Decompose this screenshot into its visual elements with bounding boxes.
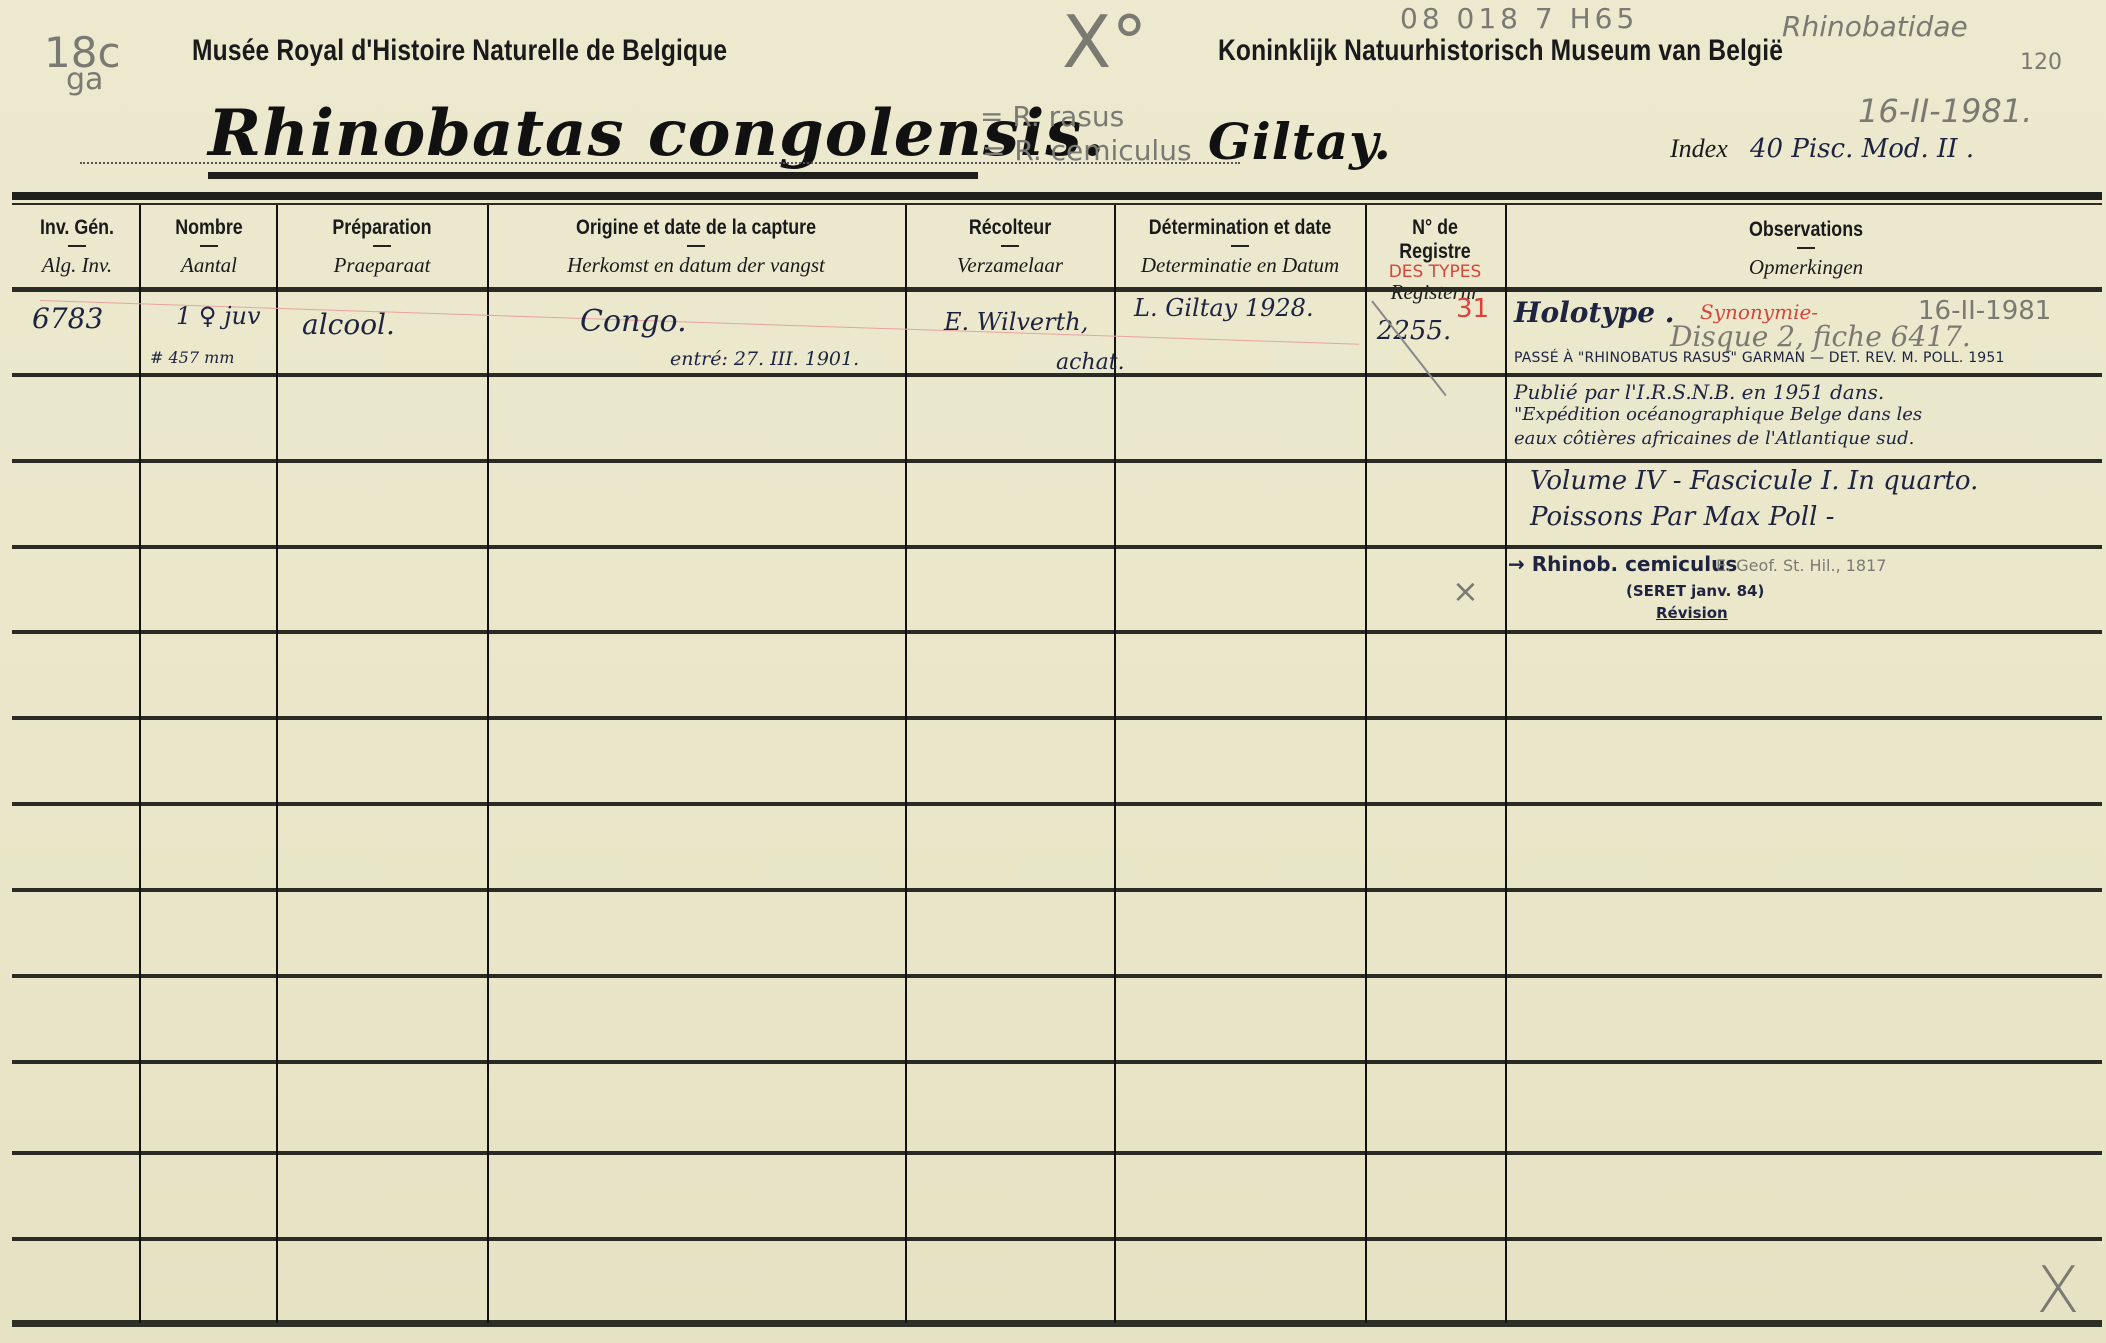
observation-passe: PASSÉ À "RHINOBATUS RASUS" GARMAN — DET.… [1514, 350, 2005, 366]
row-rule [12, 1151, 2102, 1155]
synonym-note-1: = R. rasus [980, 100, 1124, 133]
column-header-registre-fr: N° de Registre [1376, 216, 1493, 264]
row-rule [12, 1060, 2102, 1064]
column-header-nombre-fr: Nombre [152, 216, 266, 240]
header-dash [687, 245, 705, 247]
column-divider [276, 205, 278, 1323]
institution-title-fr: Musée Royal d'Histoire Naturelle de Belg… [192, 34, 727, 68]
column-header-inv: Inv. Gén. Alg. Inv. [14, 216, 140, 278]
observation-volume: Volume IV - Fascicule I. In quarto. [1530, 466, 1978, 496]
cell-nombre: 1 ♀ juv [176, 302, 261, 330]
observation-seret: (SERET janv. 84) [1626, 582, 1764, 600]
header-dash [1231, 245, 1249, 247]
column-header-preparation-fr: Préparation [294, 216, 471, 240]
observation-holotype: Holotype . [1514, 296, 1675, 329]
table-top-rule-thin [12, 203, 2102, 205]
column-header-nombre: Nombre Aantal [142, 216, 276, 278]
row-rule [12, 1237, 2102, 1241]
cell-preparation: alcool. [302, 308, 395, 341]
index-label: Index [1670, 134, 1728, 164]
column-divider [139, 205, 141, 1323]
family-note: Rhinobatidae [1782, 10, 1968, 43]
cell-registre: 2255. [1364, 316, 1464, 346]
column-divider [1505, 205, 1507, 1323]
species-name: Rhinobatas congolensis. [208, 96, 1106, 171]
column-header-origine-fr: Origine et date de la capture [519, 216, 873, 240]
header-bottom-rule [12, 287, 2102, 292]
table-bottom-rule [12, 1320, 2102, 1327]
column-header-preparation: Préparation Praeparaat [278, 216, 486, 278]
row-rule [12, 974, 2102, 978]
cell-determination: L. Giltay 1928. [1134, 294, 1314, 322]
header-dash [200, 245, 218, 247]
column-header-preparation-nl: Praeparaat [278, 253, 486, 278]
column-header-origine-nl: Herkomst en datum der vangst [488, 253, 904, 278]
registre-pencil-mark: × [1452, 572, 1479, 610]
observation-publie: Publié par l'I.R.S.N.B. en 1951 dans. [1514, 380, 1884, 404]
family-number: 120 [2020, 50, 2062, 75]
cell-recolteur: E. Wilverth, [944, 308, 1088, 336]
row-rule [12, 716, 2102, 720]
column-header-recolteur: Récolteur Verzamelaar [906, 216, 1114, 278]
observation-expedition: "Expédition océanographique Belge dans l… [1514, 404, 1922, 425]
observation-revision: Révision [1656, 604, 1728, 622]
column-header-observations-fr: Observations [1551, 218, 2061, 242]
margin-mark-x: X° [1062, 0, 1147, 84]
column-header-origine: Origine et date de la capture Herkomst e… [488, 216, 904, 278]
column-header-determination-nl: Determinatie en Datum [1116, 253, 1364, 278]
header-dash [68, 245, 86, 247]
cell-origine-date: entré: 27. III. 1901. [670, 348, 859, 370]
row-rule [12, 888, 2102, 892]
column-header-observations: Observations Opmerkingen [1506, 218, 2106, 280]
header-dash [1797, 247, 1815, 249]
header-dash [373, 245, 391, 247]
catalog-number: 08 018 7 H65 [1400, 2, 1638, 35]
column-header-recolteur-nl: Verzamelaar [906, 253, 1114, 278]
header-dash [1001, 245, 1019, 247]
column-header-recolteur-fr: Récolteur [922, 216, 1099, 240]
registre-strike [1371, 300, 1446, 396]
institution-title-nl: Koninklijk Natuurhistorisch Museum van B… [1218, 34, 1783, 68]
cell-inv: 6783 [32, 302, 103, 335]
column-header-observations-nl: Opmerkingen [1506, 255, 2106, 280]
column-divider [487, 205, 489, 1323]
observation-pencil-date: 16-II-1981 [1918, 296, 2051, 326]
margin-note-top-left-sub: ga [66, 62, 103, 97]
cell-nombre-size: # 457 mm [150, 348, 234, 367]
column-divider [1365, 205, 1367, 1323]
bottom-pencil-mark: X [2036, 1254, 2080, 1328]
cell-registre-red: 31 [1456, 294, 1489, 324]
observation-poissons: Poissons Par Max Poll - [1530, 502, 1834, 532]
registre-annotation: DES TYPES [1366, 264, 1504, 280]
column-header-determination: Détermination et date Determinatie en Da… [1116, 216, 1364, 278]
table-top-rule [12, 192, 2102, 200]
column-header-determination-fr: Détermination et date [1135, 216, 1346, 240]
row-rule [12, 630, 2102, 634]
observation-rhinob: → Rhinob. cemiculus [1508, 552, 1737, 576]
column-header-inv-fr: Inv. Gén. [23, 216, 130, 240]
species-dotted-line [80, 162, 1240, 164]
cell-recolteur-sub: achat. [1056, 350, 1125, 375]
column-header-nombre-nl: Aantal [142, 253, 276, 278]
specimen-index-card: 18c ga X° 08 018 7 H65 Rhinobatidae 120 … [0, 0, 2106, 1343]
observation-author-pencil: E. Geof. St. Hil., 1817 [1716, 556, 1886, 575]
column-header-inv-nl: Alg. Inv. [14, 253, 140, 278]
row-rule [12, 545, 2102, 549]
column-divider [905, 205, 907, 1323]
index-value: 40 Pisc. Mod. II . [1750, 134, 1974, 164]
observation-eaux: eaux côtières africaines de l'Atlantique… [1514, 428, 1914, 449]
species-underline [208, 172, 978, 179]
cell-origine: Congo. [580, 304, 687, 339]
date-stamp: 16-II-1981. [1858, 92, 2032, 130]
row-rule [12, 802, 2102, 806]
row-rule [12, 459, 2102, 463]
